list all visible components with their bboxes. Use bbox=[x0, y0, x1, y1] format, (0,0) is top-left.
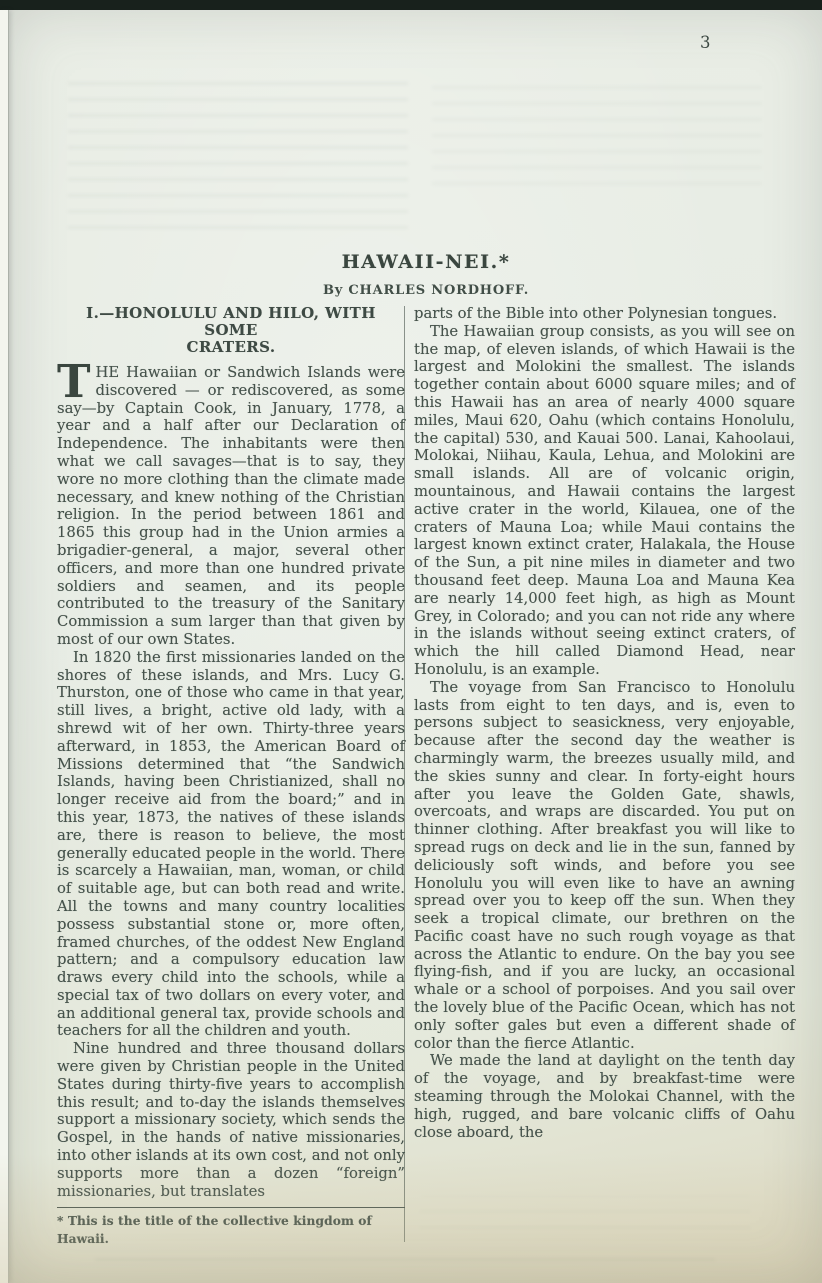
paper-aging-tint bbox=[0, 1153, 822, 1283]
bleed-through-text bbox=[432, 78, 762, 198]
left-column: I.—HONOLULU AND HILO, WITH SOME CRATERS.… bbox=[57, 305, 405, 1249]
page-number: 3 bbox=[700, 33, 711, 52]
right-column: parts of the Bible into other Polynesian… bbox=[414, 305, 795, 1141]
article-title: HAWAII-NEI.* bbox=[57, 251, 795, 273]
paragraph: We made the land at daylight on the tent… bbox=[414, 1052, 795, 1141]
paragraph: In 1820 the first missionaries landed on… bbox=[57, 649, 405, 1041]
paragraph: The voyage from San Francisco to Honolul… bbox=[414, 679, 795, 1053]
scan-left-edge bbox=[0, 10, 9, 1283]
dropcap-letter: T bbox=[57, 364, 96, 398]
article-byline: By CHARLES NORDHOFF. bbox=[57, 283, 795, 298]
section-heading: I.—HONOLULU AND HILO, WITH SOME CRATERS. bbox=[57, 305, 405, 356]
bleed-through-text bbox=[68, 82, 408, 242]
scanned-page: 3 HAWAII-NEI.* By CHARLES NORDHOFF. I.—H… bbox=[0, 0, 822, 1283]
section-heading-line2: CRATERS. bbox=[57, 339, 405, 356]
paragraph-text: HE Hawaiian or Sandwich Islands were dis… bbox=[57, 364, 405, 648]
section-heading-line1: I.—HONOLULU AND HILO, WITH SOME bbox=[57, 305, 405, 339]
paragraph: parts of the Bible into other Polynesian… bbox=[414, 305, 795, 323]
paragraph: THE Hawaiian or Sandwich Islands were di… bbox=[57, 364, 405, 649]
paragraph: The Hawaiian group consists, as you will… bbox=[414, 323, 795, 679]
scan-top-edge bbox=[0, 0, 822, 10]
